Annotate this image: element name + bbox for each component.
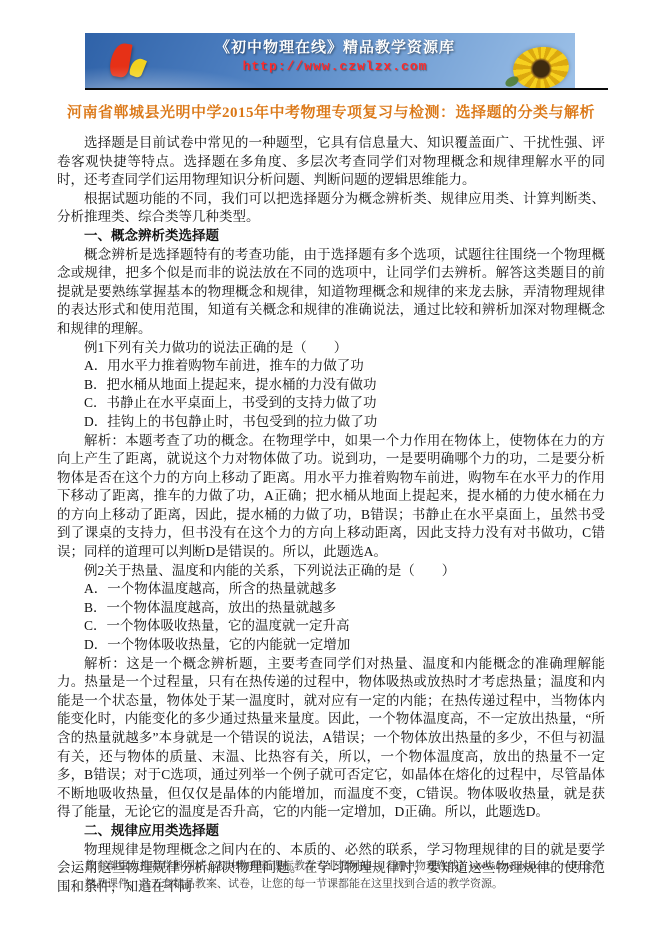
example-1-option-b: B．把水桶从地面上提起来，提水桶的力没有做功 [57,376,605,395]
example-2-option-b: B．一个物体温度越高，放出的热量就越多 [57,599,605,618]
document-body: 选择题是目前试卷中常见的一种题型，它具有信息量大、知识覆盖面广、干扰性强、评卷客… [57,134,605,896]
section-1-intro: 概念辨析是选择题特有的考查功能，由于选择题有多个选项，试题往往围绕一个物理概念或… [57,246,605,339]
section-2-heading: 二、规律应用类选择题 [57,822,605,841]
paragraph-intro-1: 选择题是目前试卷中常见的一种题型，它具有信息量大、知识覆盖面广、干扰性强、评卷客… [57,134,605,190]
page-title: 河南省郸城县光明中学2015年中考物理专项复习与检测：选择题的分类与解析 [57,96,605,130]
example-2-stem: 例2关于热量、温度和内能的关系，下列说法正确的是（ ） [57,562,605,581]
document-page: 《初中物理在线》精品教学资源库 http://www.czwlzx.com 河南… [0,0,661,936]
example-2-analysis: 解析：这是一个概念辨析题，主要考查同学们对热量、温度和内能概念的准确理解能力。热… [57,655,605,822]
example-2-option-c: C．一个物体吸收热量，它的温度就一定升高 [57,617,605,636]
example-1-option-d: D．挂钩上的书包静止时，书包受到的拉力做了功 [57,413,605,432]
example-2-option-a: A．一个物体温度越高，所含的热量就越多 [57,580,605,599]
paragraph-intro-2: 根据试题功能的不同，我们可以把选择题分为概念辨析类、规律应用类、计算判断类、分析… [57,190,605,227]
example-1-stem: 例1下列有关力做功的说法正确的是（ ） [57,339,605,358]
example-1-option-c: C．书静止在水平桌面上，书受到的支持力做了功 [57,394,605,413]
example-1-option-a: A．用水平力推着购物车前进，推车的力做了功 [57,357,605,376]
example-2-option-d: D．一个物体吸收热量，它的内能就一定增加 [57,636,605,655]
document-content: 河南省郸城县光明中学2015年中考物理专项复习与检测：选择题的分类与解析 选择题… [57,0,605,896]
footer-promo-text: 教育部重点推荐学科网站、初中物理新课标教学专业性网站---《初中物理在线》www… [85,857,607,893]
example-1-analysis: 解析：本题考查了功的概念。在物理学中，如果一个力作用在物体上，使物体在力的方向上… [57,432,605,562]
section-1-heading: 一、概念辨析类选择题 [57,227,605,246]
